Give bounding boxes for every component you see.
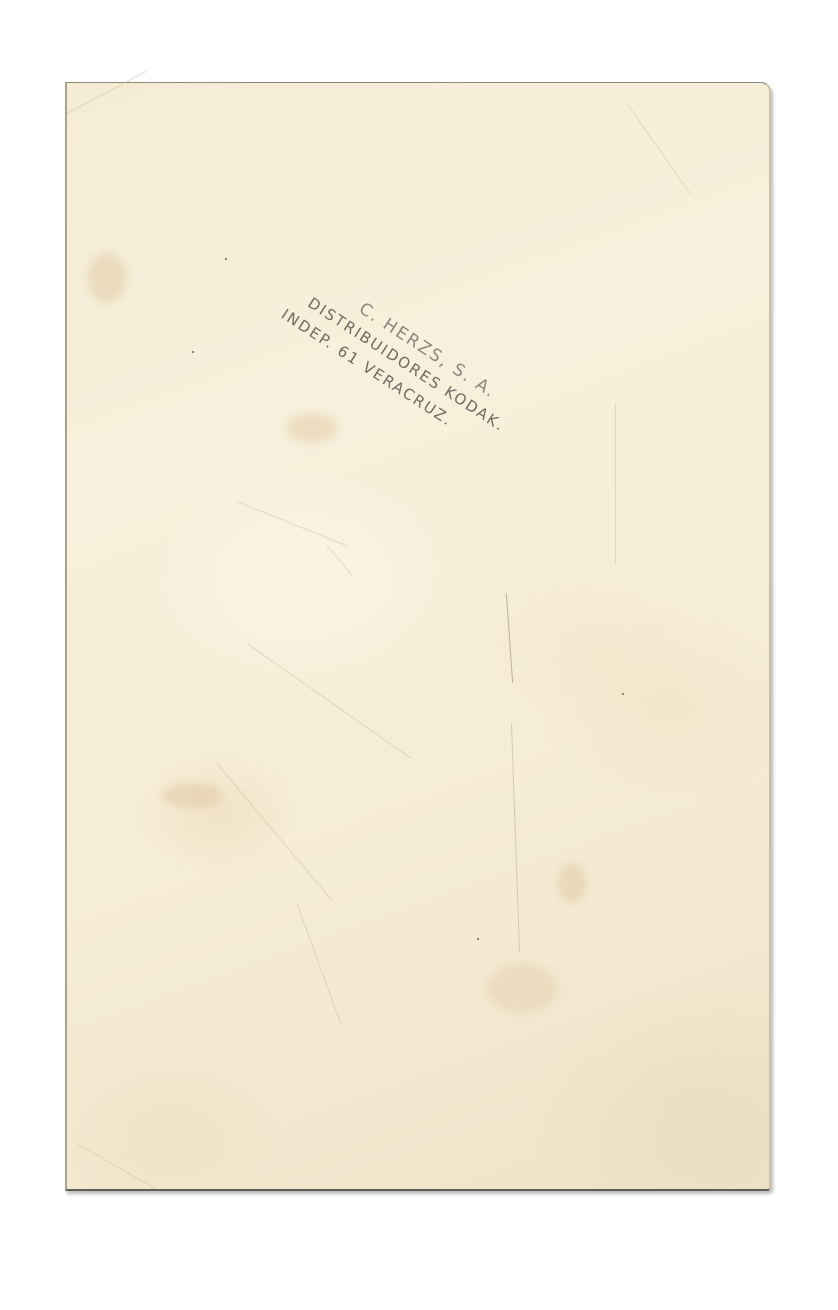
paper-crease xyxy=(217,763,333,902)
paper-crease xyxy=(67,71,147,114)
paper-speck xyxy=(225,258,227,260)
paper-stain xyxy=(87,253,127,303)
paper-crease xyxy=(237,501,349,547)
paper-crease xyxy=(327,545,353,576)
paper-speck xyxy=(477,938,479,940)
paper-crease xyxy=(297,903,342,1026)
paper-speck xyxy=(192,351,194,353)
photo-card-back xyxy=(65,82,771,1191)
paper-stain xyxy=(557,863,587,903)
paper-crease xyxy=(77,1143,155,1189)
paper-scratch xyxy=(615,403,616,563)
paper-scratch xyxy=(511,723,520,953)
paper-stain xyxy=(287,413,337,443)
paper-crease xyxy=(247,643,411,759)
paper-speck xyxy=(622,693,624,695)
paper-scratch xyxy=(506,593,513,683)
paper-crease xyxy=(627,103,691,194)
paper-stain xyxy=(487,963,557,1013)
paper-stain xyxy=(162,783,222,808)
